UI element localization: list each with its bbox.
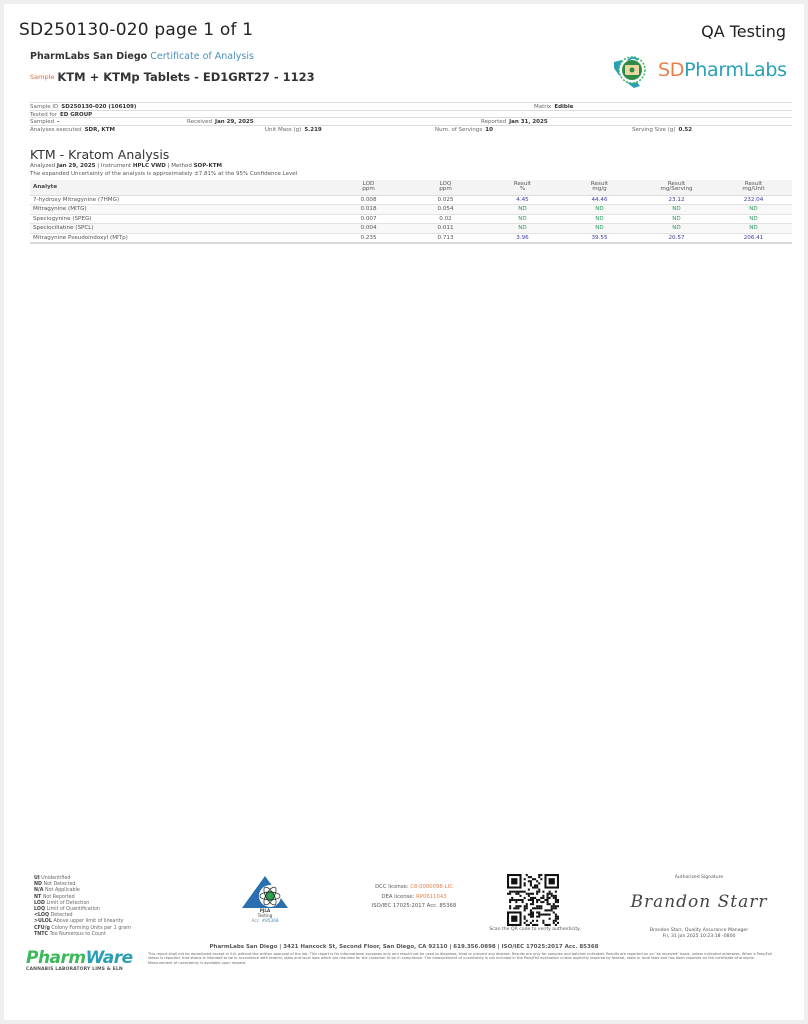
disclaimer-text: This report shall not be reproduced exce…: [148, 952, 778, 965]
analyte-name: Mitragynine Pseudoindoxyl (MITp): [30, 233, 330, 243]
cell-value: 0.054: [407, 205, 484, 215]
cell-value: 0.02: [407, 214, 484, 224]
column-header: Result%: [484, 180, 561, 195]
cell-value: 0.008: [330, 195, 407, 205]
cell-value: 39.55: [561, 233, 638, 243]
table-row: Speciociliatine (SPCL)0.0040.011NDNDNDND: [30, 224, 792, 234]
analyte-name: Speciociliatine (SPCL): [30, 224, 330, 234]
signature-image: Brandon Starr: [624, 886, 774, 914]
sample-metadata: Sample IDSD250130-020 (106109) MatrixEdi…: [30, 102, 792, 132]
license-info: DCC license: C8-0000098-LIC DEA license:…: [354, 883, 474, 912]
coa-label: Certificate of Analysis: [150, 51, 254, 62]
lab-name: PharmLabs San Diego: [30, 51, 147, 62]
pharmware-logo: PharmWare CANNABIS LABORATORY LIMS & ELN: [26, 948, 136, 982]
cell-value: 44.46: [561, 195, 638, 205]
cell-value: 0.235: [330, 233, 407, 243]
cell-value: ND: [561, 224, 638, 234]
analyte-name: Speciogynine (SPEG): [30, 214, 330, 224]
sample-name: KTM + KTMp Tablets - ED1GRT27 - 1123: [57, 70, 314, 84]
cell-value: 23.12: [638, 195, 715, 205]
cell-value: ND: [715, 205, 792, 215]
analyses-executed: Analyses executedSDR, KTM: [30, 127, 115, 133]
document-title: SD250130-020 page 1 of 1: [19, 20, 253, 40]
analyte-name: Mitragynine (MITG): [30, 205, 330, 215]
logo-wordmark: SDPharmLabs: [658, 59, 787, 81]
cell-value: 20.57: [638, 233, 715, 243]
cell-value: ND: [484, 224, 561, 234]
table-row: 7-hydroxy Mitragynine (7HMG)0.0080.0254.…: [30, 195, 792, 205]
column-header: LODppm: [330, 180, 407, 195]
lab-line: PharmLabs San Diego Certificate of Analy…: [30, 51, 254, 62]
serving-size: Serving Size (g)0.52: [632, 127, 692, 133]
sdpharmlabs-logo: SDPharmLabs: [610, 48, 790, 92]
cell-value: ND: [715, 224, 792, 234]
cell-value: ND: [638, 224, 715, 234]
cell-value: 0.025: [407, 195, 484, 205]
qr-code[interactable]: [507, 874, 559, 926]
svg-text:Brandon Starr: Brandon Starr: [629, 892, 767, 912]
table-row: Mitragynine (MITG)0.0180.054NDNDNDND: [30, 205, 792, 215]
analyte-name: 7-hydroxy Mitragynine (7HMG): [30, 195, 330, 205]
coa-page: SD250130-020 page 1 of 1 QA Testing Phar…: [4, 4, 804, 1020]
sample-tag: Sample: [30, 73, 54, 81]
cell-value: 0.007: [330, 214, 407, 224]
unit-mass: Unit Mass (g)5.219: [265, 127, 322, 133]
cell-value: 3.96: [484, 233, 561, 243]
lab-address: PharmLabs San Diego | 3421 Hancock St, S…: [4, 944, 804, 950]
cell-value: 232.04: [715, 195, 792, 205]
kratom-results-table: AnalyteLODppmLOQppmResult%Resultmg/gResu…: [30, 180, 792, 244]
table-row: Mitragynine Pseudoindoxyl (MITp)0.2350.7…: [30, 233, 792, 243]
cell-value: ND: [484, 214, 561, 224]
sample-line: SampleKTM + KTMp Tablets - ED1GRT27 - 11…: [30, 70, 315, 84]
cell-value: 0.011: [407, 224, 484, 234]
column-header: LOQppm: [407, 180, 484, 195]
column-header: Resultmg/Unit: [715, 180, 792, 195]
cell-value: 4.45: [484, 195, 561, 205]
uncertainty-note: The expanded Uncertainty of the analysis…: [30, 171, 297, 177]
table-row: Speciogynine (SPEG)0.0070.02NDNDNDND: [30, 214, 792, 224]
analysis-info: Analyzed Jan 29, 2025 | Instrument HPLC …: [30, 163, 222, 169]
cell-value: 206.41: [715, 233, 792, 243]
pjla-text: PJLA Testing Acc. #85368: [240, 908, 290, 923]
qa-testing-title: QA Testing: [701, 22, 786, 41]
column-analyte: Analyte: [30, 180, 330, 195]
california-map-icon: [610, 48, 656, 92]
analysis-title: KTM - Kratom Analysis: [30, 147, 169, 162]
cell-value: 0.713: [407, 233, 484, 243]
column-header: Resultmg/g: [561, 180, 638, 195]
num-servings: Num. of Servings10: [435, 127, 493, 133]
cell-value: ND: [484, 205, 561, 215]
abbreviations-legend: UI UnidentifiedND Not DetectedN/A Not Ap…: [34, 876, 131, 938]
cell-value: ND: [561, 205, 638, 215]
cell-value: ND: [638, 205, 715, 215]
signature-label: Authorized Signature: [644, 875, 754, 880]
cell-value: 0.018: [330, 205, 407, 215]
abbreviation-item: TNTC Too Numerous to Count: [34, 932, 131, 938]
signer-info: Brandon Starr, Quality Assurance Manager…: [624, 928, 774, 940]
column-header: Resultmg/Serving: [638, 180, 715, 195]
cell-value: ND: [561, 214, 638, 224]
abbreviation-item: CFU/g Colony Forming Units per 1 gram: [34, 926, 131, 932]
table-header: AnalyteLODppmLOQppmResult%Resultmg/gResu…: [30, 180, 792, 195]
cell-value: ND: [715, 214, 792, 224]
cell-value: 0.004: [330, 224, 407, 234]
qr-caption: Scan the QR code to verify authenticity.: [480, 927, 590, 932]
cell-value: ND: [638, 214, 715, 224]
